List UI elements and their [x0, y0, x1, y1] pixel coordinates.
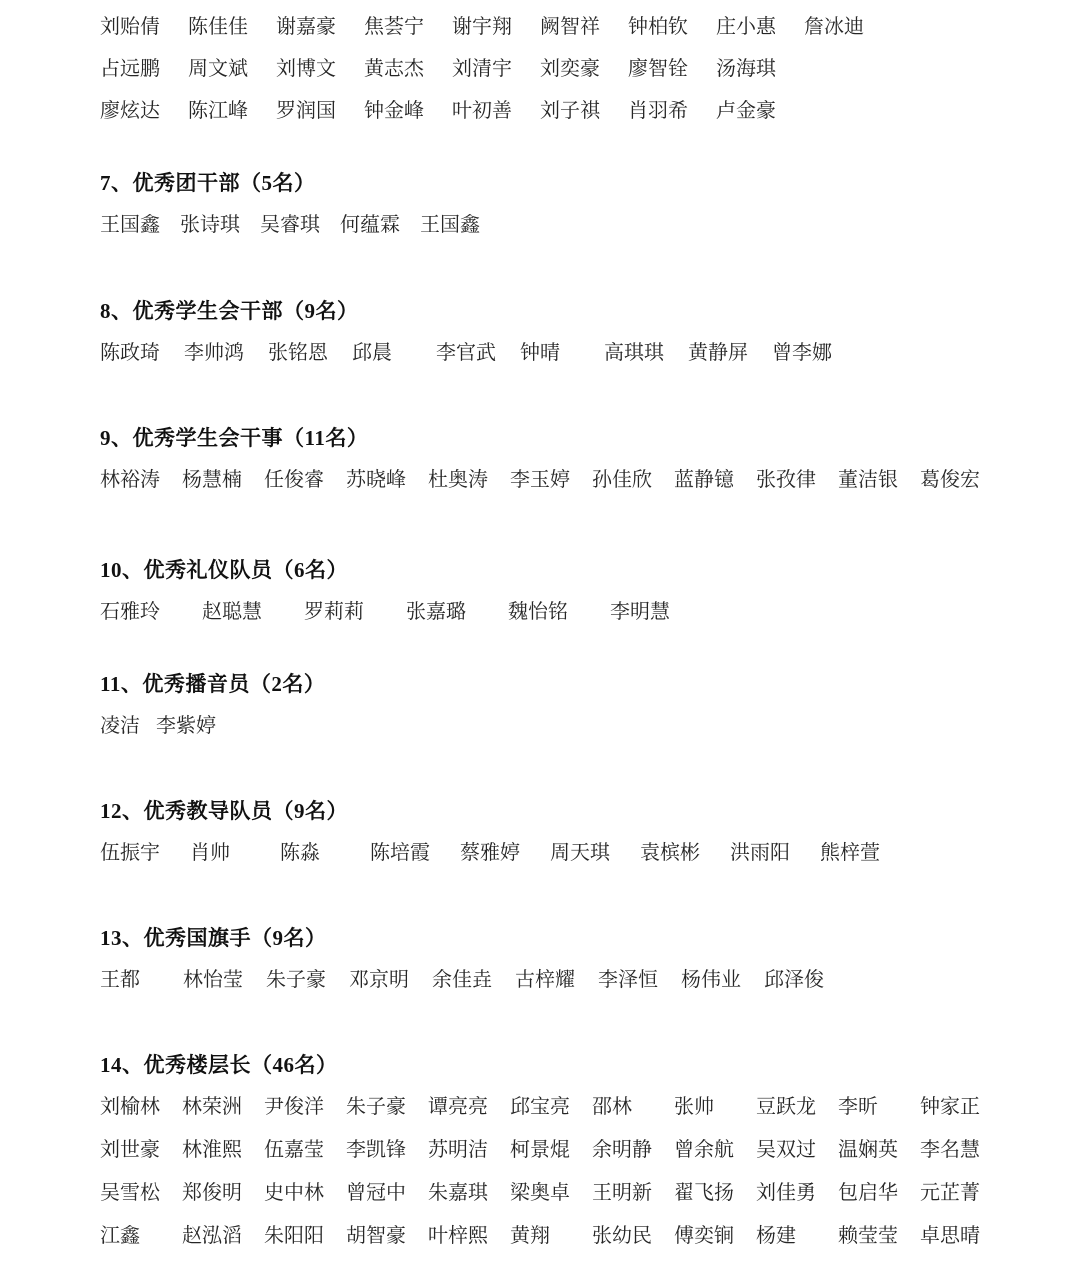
section-heading: 9、优秀学生会干事（11名） [100, 417, 1040, 459]
award-section: 7、优秀团干部（5名）王国鑫张诗琪吴睿琪何蕴霖王国鑫 [100, 162, 1040, 246]
person-name: 李泽恒 [598, 959, 681, 1001]
person-name: 袁槟彬 [640, 832, 730, 874]
name-row: 王国鑫张诗琪吴睿琪何蕴霖王国鑫 [100, 204, 1040, 246]
award-roster-document: 刘贻倩陈佳佳谢嘉豪焦荟宁谢宇翔阙智祥钟柏钦庄小惠詹冰迪占远鹏周文斌刘博文黄志杰刘… [0, 0, 1080, 1258]
award-section: 12、优秀教导队员（9名）伍振宇肖帅陈淼陈培霞蔡雅婷周天琪袁槟彬洪雨阳熊梓萱 [100, 790, 1040, 874]
sections: 7、优秀团干部（5名）王国鑫张诗琪吴睿琪何蕴霖王国鑫8、优秀学生会干部（9名）陈… [100, 162, 1040, 1258]
person-name: 刘佳勇 [756, 1172, 838, 1215]
name-row: 吴雪松郑俊明史中林曾冠中朱嘉琪梁奥卓王明新翟飞扬刘佳勇包启华元芷菁 [100, 1172, 1040, 1215]
person-name: 杨慧楠 [182, 459, 264, 501]
person-name: 谭亮亮 [428, 1086, 510, 1129]
person-name: 古梓耀 [515, 959, 598, 1001]
person-name: 陈政琦 [100, 332, 184, 374]
person-name: 赵聪慧 [202, 591, 304, 633]
person-name: 何蕴霖 [340, 204, 400, 246]
name-row: 林裕涛杨慧楠任俊睿苏晓峰杜奥涛李玉婷孙佳欣蓝静镱张孜律董洁银葛俊宏 [100, 459, 1040, 501]
person-name: 廖智铨 [628, 48, 716, 90]
award-section: 13、优秀国旗手（9名）王都林怡莹朱子豪邓京明余佳垚古梓耀李泽恒杨伟业邱泽俊 [100, 917, 1040, 1001]
person-name: 廖炫达 [100, 90, 188, 132]
person-name: 王明新 [592, 1172, 674, 1215]
award-section: 14、优秀楼层长（46名）刘榆林林荣洲尹俊洋朱子豪谭亮亮邱宝亮邵林张帅豆跃龙李昕… [100, 1044, 1040, 1258]
award-section: 10、优秀礼仪队员（6名）石雅玲赵聪慧罗莉莉张嘉璐魏怡铭李明慧 [100, 549, 1040, 633]
award-section: 9、优秀学生会干事（11名）林裕涛杨慧楠任俊睿苏晓峰杜奥涛李玉婷孙佳欣蓝静镱张孜… [100, 417, 1040, 501]
person-name: 曾李娜 [772, 332, 856, 374]
person-name: 罗润国 [276, 90, 364, 132]
person-name: 陈培霞 [370, 832, 460, 874]
person-name: 蔡雅婷 [460, 832, 550, 874]
name-row: 陈政琦李帅鸿张铭恩邱晨李官武钟晴高琪琪黄静屏曾李娜 [100, 332, 1040, 374]
name-row: 刘榆林林荣洲尹俊洋朱子豪谭亮亮邱宝亮邵林张帅豆跃龙李昕钟家正 [100, 1086, 1040, 1129]
person-name: 邵林 [592, 1086, 674, 1129]
person-name: 杨建 [756, 1215, 838, 1258]
name-row: 伍振宇肖帅陈淼陈培霞蔡雅婷周天琪袁槟彬洪雨阳熊梓萱 [100, 832, 1040, 874]
person-name: 邱泽俊 [764, 959, 847, 1001]
person-name: 元芷菁 [920, 1172, 1002, 1215]
person-name: 谢宇翔 [452, 6, 540, 48]
person-name: 谢嘉豪 [276, 6, 364, 48]
person-name: 魏怡铭 [508, 591, 610, 633]
person-name: 钟晴 [520, 332, 604, 374]
person-name: 周天琪 [550, 832, 640, 874]
person-name: 刘奕豪 [540, 48, 628, 90]
person-name: 吴雪松 [100, 1172, 182, 1215]
person-name: 庄小惠 [716, 6, 804, 48]
person-name: 伍嘉莹 [264, 1129, 346, 1172]
person-name: 李名慧 [920, 1129, 1002, 1172]
name-row: 江鑫赵泓滔朱阳阳胡智豪叶梓熙黄翔张幼民傅奕锏杨建赖莹莹卓思晴 [100, 1215, 1040, 1258]
person-name: 翟飞扬 [674, 1172, 756, 1215]
person-name: 凌洁 [100, 705, 140, 747]
person-name: 卢金豪 [716, 90, 804, 132]
person-name: 赖莹莹 [838, 1215, 920, 1258]
person-name: 刘清宇 [452, 48, 540, 90]
person-name: 黄翔 [510, 1215, 592, 1258]
person-name: 詹冰迪 [804, 6, 892, 48]
person-name: 傅奕锏 [674, 1215, 756, 1258]
person-name: 李凯锋 [346, 1129, 428, 1172]
section-heading: 10、优秀礼仪队员（6名） [100, 549, 1040, 591]
person-name: 曾冠中 [346, 1172, 428, 1215]
person-name: 包启华 [838, 1172, 920, 1215]
person-name: 叶梓熙 [428, 1215, 510, 1258]
person-name: 刘博文 [276, 48, 364, 90]
person-name: 赵泓滔 [182, 1215, 264, 1258]
person-name: 周文斌 [188, 48, 276, 90]
person-name: 李昕 [838, 1086, 920, 1129]
person-name: 林荣洲 [182, 1086, 264, 1129]
name-row: 占远鹏周文斌刘博文黄志杰刘清宇刘奕豪廖智铨汤海琪 [100, 48, 1040, 90]
person-name: 王国鑫 [100, 204, 160, 246]
person-name: 苏明洁 [428, 1129, 510, 1172]
person-name: 朱子豪 [346, 1086, 428, 1129]
person-name: 史中林 [264, 1172, 346, 1215]
person-name: 焦荟宁 [364, 6, 452, 48]
person-name: 刘榆林 [100, 1086, 182, 1129]
person-name: 黄志杰 [364, 48, 452, 90]
person-name: 李官武 [436, 332, 520, 374]
award-section: 8、优秀学生会干部（9名）陈政琦李帅鸿张铭恩邱晨李官武钟晴高琪琪黄静屏曾李娜 [100, 290, 1040, 374]
person-name: 钟柏钦 [628, 6, 716, 48]
person-name: 肖羽希 [628, 90, 716, 132]
person-name: 吴双过 [756, 1129, 838, 1172]
section-heading: 13、优秀国旗手（9名） [100, 917, 1040, 959]
section-heading: 14、优秀楼层长（46名） [100, 1044, 1040, 1086]
person-name: 王都 [100, 959, 183, 1001]
person-name: 卓思晴 [920, 1215, 1002, 1258]
person-name: 林淮熙 [182, 1129, 264, 1172]
person-name: 王国鑫 [420, 204, 480, 246]
person-name: 邱晨 [352, 332, 436, 374]
person-name: 董洁银 [838, 459, 920, 501]
person-name: 林怡莹 [183, 959, 266, 1001]
person-name: 朱嘉琪 [428, 1172, 510, 1215]
person-name: 陈江峰 [188, 90, 276, 132]
person-name: 梁奥卓 [510, 1172, 592, 1215]
person-name: 李帅鸿 [184, 332, 268, 374]
person-name: 陈佳佳 [188, 6, 276, 48]
person-name: 邓京明 [349, 959, 432, 1001]
person-name: 钟家正 [920, 1086, 1002, 1129]
person-name: 朱阳阳 [264, 1215, 346, 1258]
person-name: 黄静屏 [688, 332, 772, 374]
person-name: 张孜律 [756, 459, 838, 501]
person-name: 钟金峰 [364, 90, 452, 132]
person-name: 杜奥涛 [428, 459, 510, 501]
person-name: 孙佳欣 [592, 459, 674, 501]
name-row: 刘贻倩陈佳佳谢嘉豪焦荟宁谢宇翔阙智祥钟柏钦庄小惠詹冰迪 [100, 6, 1040, 48]
person-name: 蓝静镱 [674, 459, 756, 501]
person-name: 曾余航 [674, 1129, 756, 1172]
person-name: 尹俊洋 [264, 1086, 346, 1129]
section-heading: 7、优秀团干部（5名） [100, 162, 1040, 204]
person-name: 葛俊宏 [920, 459, 1002, 501]
person-name: 温娴英 [838, 1129, 920, 1172]
section-heading: 8、优秀学生会干部（9名） [100, 290, 1040, 332]
name-row: 凌洁李紫婷 [100, 705, 1040, 747]
name-row: 廖炫达陈江峰罗润国钟金峰叶初善刘子祺肖羽希卢金豪 [100, 90, 1040, 132]
person-name: 胡智豪 [346, 1215, 428, 1258]
name-row: 石雅玲赵聪慧罗莉莉张嘉璐魏怡铭李明慧 [100, 591, 1040, 633]
person-name: 石雅玲 [100, 591, 202, 633]
person-name: 伍振宇 [100, 832, 190, 874]
person-name: 豆跃龙 [756, 1086, 838, 1129]
award-section: 11、优秀播音员（2名）凌洁李紫婷 [100, 663, 1040, 747]
person-name: 任俊睿 [264, 459, 346, 501]
person-name: 朱子豪 [266, 959, 349, 1001]
person-name: 陈淼 [280, 832, 370, 874]
person-name: 杨伟业 [681, 959, 764, 1001]
person-name: 张嘉璐 [406, 591, 508, 633]
person-name: 叶初善 [452, 90, 540, 132]
person-name: 刘子祺 [540, 90, 628, 132]
person-name: 占远鹏 [100, 48, 188, 90]
person-name: 苏晓峰 [346, 459, 428, 501]
section-heading: 11、优秀播音员（2名） [100, 663, 1040, 705]
person-name: 林裕涛 [100, 459, 182, 501]
continuation-rows: 刘贻倩陈佳佳谢嘉豪焦荟宁谢宇翔阙智祥钟柏钦庄小惠詹冰迪占远鹏周文斌刘博文黄志杰刘… [100, 6, 1040, 132]
person-name: 张帅 [674, 1086, 756, 1129]
name-row: 刘世豪林淮熙伍嘉莹李凯锋苏明洁柯景焜余明静曾余航吴双过温娴英李名慧 [100, 1129, 1040, 1172]
person-name: 余佳垚 [432, 959, 515, 1001]
person-name: 柯景焜 [510, 1129, 592, 1172]
name-row: 王都林怡莹朱子豪邓京明余佳垚古梓耀李泽恒杨伟业邱泽俊 [100, 959, 1040, 1001]
person-name: 江鑫 [100, 1215, 182, 1258]
person-name: 张幼民 [592, 1215, 674, 1258]
person-name: 余明静 [592, 1129, 674, 1172]
person-name: 张铭恩 [268, 332, 352, 374]
person-name: 洪雨阳 [730, 832, 820, 874]
person-name: 李紫婷 [156, 705, 216, 747]
person-name: 刘贻倩 [100, 6, 188, 48]
person-name: 罗莉莉 [304, 591, 406, 633]
person-name: 邱宝亮 [510, 1086, 592, 1129]
person-name: 张诗琪 [180, 204, 240, 246]
person-name: 李玉婷 [510, 459, 592, 501]
person-name: 汤海琪 [716, 48, 804, 90]
person-name: 熊梓萱 [820, 832, 910, 874]
person-name: 李明慧 [610, 591, 712, 633]
person-name: 阙智祥 [540, 6, 628, 48]
person-name: 肖帅 [190, 832, 280, 874]
person-name: 吴睿琪 [260, 204, 320, 246]
person-name: 高琪琪 [604, 332, 688, 374]
section-heading: 12、优秀教导队员（9名） [100, 790, 1040, 832]
person-name: 刘世豪 [100, 1129, 182, 1172]
person-name: 郑俊明 [182, 1172, 264, 1215]
